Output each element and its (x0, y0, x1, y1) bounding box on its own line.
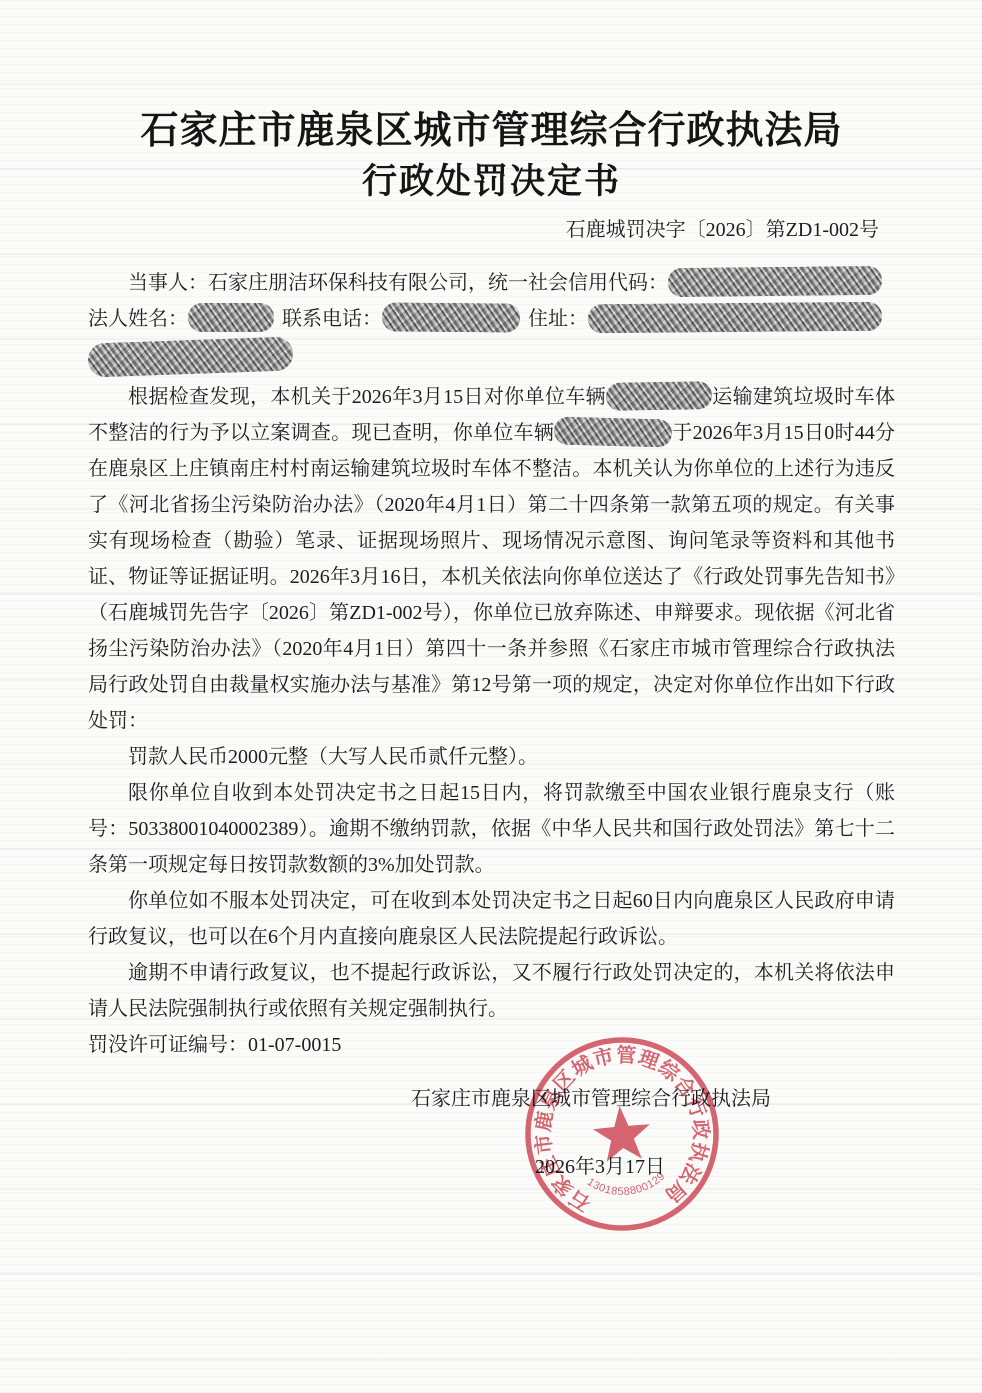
phone-label: 联系电话： (282, 308, 382, 330)
paragraph-payment-terms: 限你单位自收到本处罚决定书之日起15日内，将罚款缴至中国农业银行鹿泉支行（账号：… (88, 775, 895, 883)
party-line-1: 当事人：石家庄朋洁环保科技有限公司，统一社会信用代码： (88, 265, 895, 301)
document-title-type: 行政处罚决定书 (88, 157, 895, 207)
address-label: 住址： (528, 308, 588, 330)
scanned-document-page: 石家庄市鹿泉区城市管理综合行政执法局 行政处罚决定书 石鹿城罚决字〔2026〕第… (0, 0, 982, 1393)
facts-text-3: 于2026年3月15日0时44分在鹿泉区上庄镇南庄村村南运输建筑垃圾时车体不整洁… (88, 422, 895, 732)
issuing-agency-signature: 石家庄市鹿泉区城市管理综合行政执法局 (88, 1081, 895, 1117)
redaction-vehicle-plate-2 (554, 416, 673, 447)
paragraph-enforcement: 逾期不申请行政复议，也不提起行政诉讼，又不履行行政处罚决定的，本机关将依法申请人… (88, 955, 895, 1027)
document-body: 石家庄市鹿泉区城市管理综合行政执法局 行政处罚决定书 石鹿城罚决字〔2026〕第… (88, 0, 895, 1185)
penalty-license-number: 罚没许可证编号：01-07-0015 (88, 1027, 895, 1063)
redaction-phone-number (382, 302, 520, 332)
redaction-legal-rep-name (188, 303, 274, 332)
redaction-vehicle-plate-1 (606, 381, 712, 411)
paragraph-facts-and-basis: 根据检查发现，本机关于2026年3月15日对你单位车辆运输建筑垃圾时车体不整洁的… (88, 379, 895, 739)
legal-rep-label: 法人姓名： (88, 308, 188, 330)
decision-date: 2026年3月17日 (88, 1149, 895, 1185)
redaction-address-1 (588, 302, 882, 334)
paragraph-appeal-rights: 你单位如不服本处罚决定，可在收到本处罚决定书之日起60日内向鹿泉区人民政府申请行… (88, 883, 895, 955)
document-number: 石鹿城罚决字〔2026〕第ZD1-002号 (88, 217, 895, 244)
redaction-credit-code (668, 266, 882, 297)
redaction-address-2 (87, 336, 293, 377)
party-name-text: 当事人：石家庄朋洁环保科技有限公司，统一社会信用代码： (128, 272, 668, 294)
paragraph-penalty-amount: 罚款人民币2000元整（大写人民币贰仟元整）。 (88, 739, 895, 775)
party-line-2: 法人姓名：联系电话：住址： (88, 301, 895, 337)
facts-text-1: 根据检查发现，本机关于2026年3月15日对你单位车辆 (128, 386, 606, 408)
document-title-agency: 石家庄市鹿泉区城市管理综合行政执法局 (88, 106, 895, 157)
